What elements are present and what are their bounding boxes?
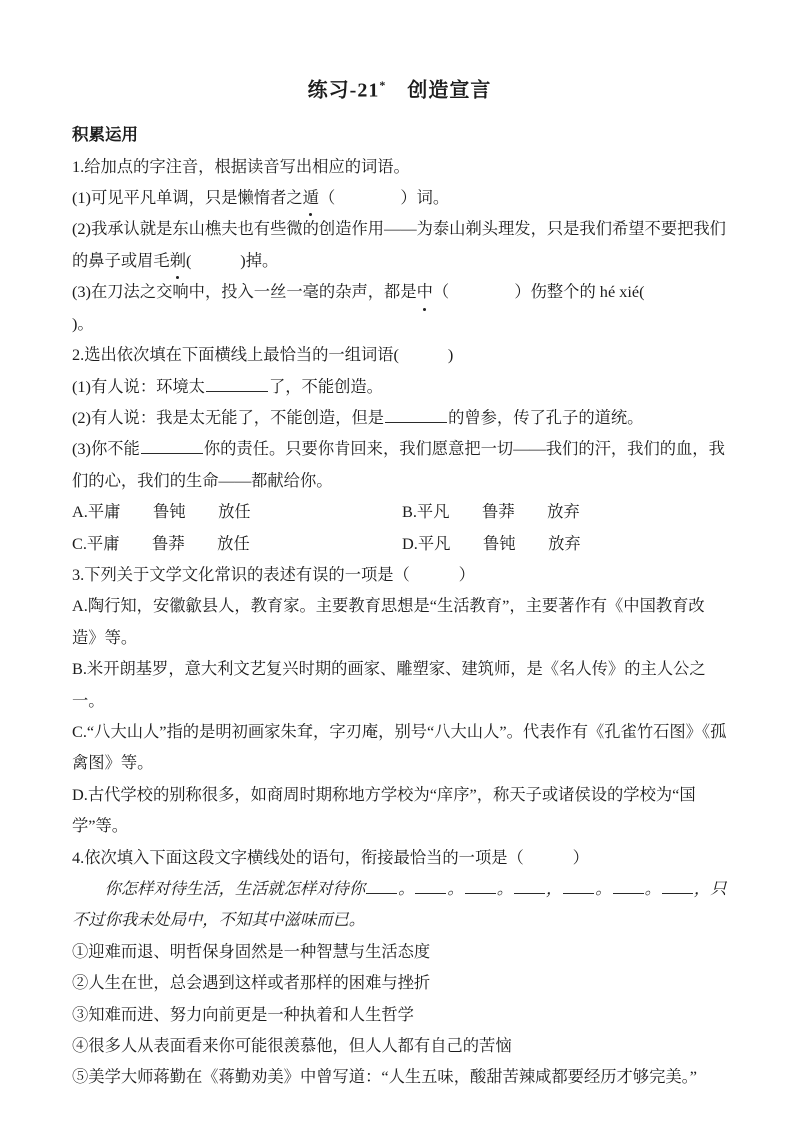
page-title: 练习-21* 创造宣言 xyxy=(72,72,727,104)
dotted-char: 遁 xyxy=(303,182,319,213)
fill-blank xyxy=(366,879,397,894)
text-segment: （ ）词。 xyxy=(319,188,449,207)
text-segment: 你怎样对待生活，生活就怎样对待你 xyxy=(105,879,366,898)
fill-blank xyxy=(563,879,594,894)
text-segment: (3)在刀法之交响中，投入一丝一毫的杂声，都是 xyxy=(72,282,417,301)
fill-blank xyxy=(141,439,203,454)
q4-stem: 4.依次填入下面这段文字横线处的语句，衔接最恰当的一项是（ ） xyxy=(72,842,727,873)
text-segment: (3)你不能 xyxy=(72,439,140,458)
fill-blank xyxy=(465,879,496,894)
q1-item-1: (1)可见平凡单调，只是懒惰者之遁（ ）词。 xyxy=(72,182,727,213)
q4-fill-paragraph: 你怎样对待生活，生活就怎样对待你。。。，。。，只不过你我未处局中，不知其中滋味而… xyxy=(72,873,727,936)
q1-stem: 1.给加点的字注音，根据读音写出相应的词语。 xyxy=(72,151,727,182)
title-text: 练习-21 xyxy=(308,80,380,102)
title-text-rest: 创造宣言 xyxy=(386,80,491,102)
q3-stem: 3.下列关于文学文化常识的表述有误的一项是（ ） xyxy=(72,559,727,590)
text-segment: (1)有人说：环境太 xyxy=(72,377,205,396)
text-segment: 。 xyxy=(447,879,463,898)
text-segment: (1)可见平凡单调，只是懒惰者之 xyxy=(72,188,303,207)
text-segment: (2)有人说：我是太无能了，不能创造，但是 xyxy=(72,408,384,427)
text-segment: 。 xyxy=(497,879,513,898)
q4-sentence-2: ②人生在世，总会遇到这样或者那样的困难与挫折 xyxy=(72,967,727,998)
fill-blank xyxy=(415,879,446,894)
q4-sentence-3: ③知难而进、努力向前更是一种执着和人生哲学 xyxy=(72,999,727,1030)
q1-item-3: (3)在刀法之交响中，投入一丝一毫的杂声，都是中（ ）伤整个的 hé xié( … xyxy=(72,276,727,339)
fill-blank xyxy=(662,879,693,894)
text-segment: 了，不能创造。 xyxy=(269,377,383,396)
dotted-char: 中 xyxy=(417,276,433,307)
q3-option-a: A.陶行知，安徽歙县人，教育家。主要教育思想是“生活教育”，主要著作有《中国教育… xyxy=(72,590,727,653)
q2-item-3: (3)你不能你的责任。只要你肯回来，我们愿意把一切——我们的汗，我们的血，我们的… xyxy=(72,433,727,496)
fill-blank xyxy=(613,879,644,894)
text-segment: 的曾参，传了孔子的道统。 xyxy=(448,408,643,427)
text-segment: 。 xyxy=(398,879,414,898)
q4-sentence-1: ①迎难而退、明哲保身固然是一种智慧与生活态度 xyxy=(72,936,727,967)
dotted-char: 剃 xyxy=(170,245,186,276)
text-segment: ， xyxy=(546,879,562,898)
fill-blank xyxy=(206,377,268,392)
section-heading: 积累运用 xyxy=(72,120,727,151)
q3-option-b: B.米开朗基罗，意大利文艺复兴时期的画家、雕塑家、建筑师，是《名人传》的主人公之… xyxy=(72,653,727,716)
q2-item-2: (2)有人说：我是太无能了，不能创造，但是的曾参，传了孔子的道统。 xyxy=(72,402,727,433)
q2-option-c: C.平庸 鲁莽 放任 xyxy=(72,528,402,559)
worksheet-page: 练习-21* 创造宣言 积累运用 1.给加点的字注音，根据读音写出相应的词语。 … xyxy=(0,0,793,1122)
q4-sentence-4: ④很多人从表面看来你可能很羡慕他，但人人都有自己的苦恼 xyxy=(72,1030,727,1061)
q3-option-d: D.古代学校的别称很多，如商周时期称地方学校为“庠序”，称天子或诸侯设的学校为“… xyxy=(72,779,727,842)
fill-blank xyxy=(514,879,545,894)
text-segment: 。 xyxy=(595,879,611,898)
text-segment: ( )掉。 xyxy=(186,251,278,270)
q2-option-d: D.平凡 鲁钝 放弃 xyxy=(402,528,727,559)
q2-item-1: (1)有人说：环境太了，不能创造。 xyxy=(72,371,727,402)
q2-stem: 2.选出依次填在下面横线上最恰当的一组词语( ) xyxy=(72,339,727,370)
q4-sentence-5: ⑤美学大师蒋勤在《蒋勤劝美》中曾写道：“人生五味，酸甜苦辣咸都要经历才够完美。” xyxy=(72,1061,727,1092)
text-segment: 。 xyxy=(645,879,661,898)
q2-option-a: A.平庸 鲁钝 放任 xyxy=(72,496,402,527)
fill-blank xyxy=(385,408,447,423)
q1-item-2: (2)我承认就是东山樵夫也有些微的创造作用——为泰山剃头理发，只是我们希望不要把… xyxy=(72,213,727,276)
q3-option-c: C.“八大山人”指的是明初画家朱耷，字刃庵，别号“八大山人”。代表作有《孔雀竹石… xyxy=(72,716,727,779)
q2-options: A.平庸 鲁钝 放任 B.平凡 鲁莽 放弃 C.平庸 鲁莽 放任 D.平凡 鲁钝… xyxy=(72,496,727,559)
worksheet-content: 练习-21* 创造宣言 积累运用 1.给加点的字注音，根据读音写出相应的词语。 … xyxy=(72,72,727,1093)
q2-option-b: B.平凡 鲁莽 放弃 xyxy=(402,496,727,527)
